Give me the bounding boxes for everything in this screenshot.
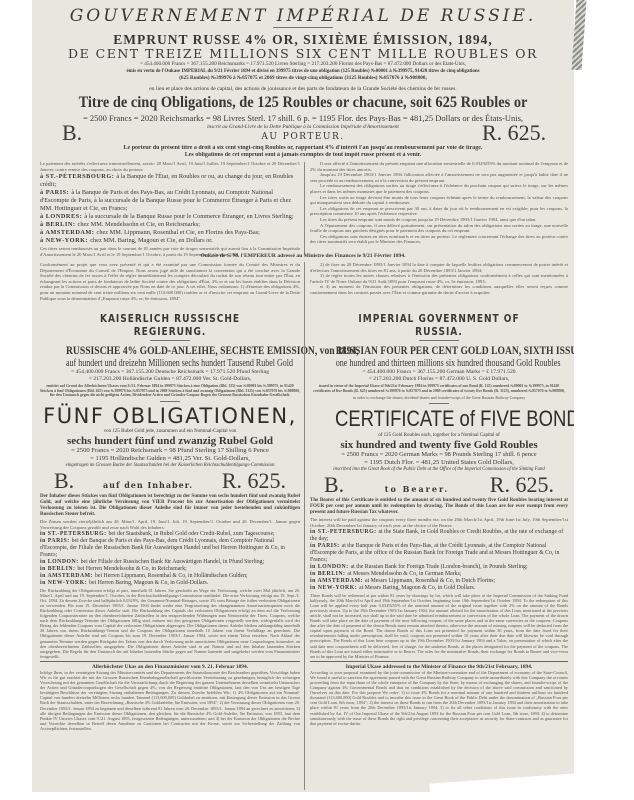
rule [419,340,459,341]
payment-city: à PARIS: [40,189,71,196]
payment-place: in AMSTERDAM: bei Herren Lippmann, Rosen… [40,573,300,580]
german-value: R. 625. [222,468,286,494]
payment-city: à AMSTERDAM: [40,229,97,236]
english-payment-places: in ST.-PETERSBURG: at the State Bank, in… [310,529,568,592]
german-issue-text: emittirt auf Grund des Allerhöchsten Uka… [40,384,300,398]
column-divider [304,262,305,312]
german-equiv-2: = 217.203.200 Holländische Gulden = 87.4… [40,376,300,383]
payment-city: in NEW-YORK: [40,580,89,586]
payment-place-text: bei der Banque de Paris et des Pays-Bas,… [40,538,285,558]
french-title-text: GOUVERNEMENT IMPÉRIAL DE RUSSIE. [70,6,537,26]
french-left-column: Le paiement des intérêts s'effectuera tr… [40,161,300,257]
payment-place-text: chez MM. Lippmann, Rosenthal et Cie, en … [97,229,260,236]
english-certificate-title: CERTIFICATE of FIVE BONDS, [310,406,568,432]
english-redemption: These Bonds will be redeemed at par with… [310,593,568,659]
paragraph: et 4) au moment de l'émission des présen… [310,284,568,295]
payment-place-text: chez MM. Baring, Magoun et Cie, en Dolla… [90,237,212,244]
french-certificate-title: Titre de cinq Obligations, de 125 Rouble… [59,94,547,112]
payment-place-text: bei Herren Mendelssohn & Co, in Reichsma… [77,566,186,572]
french-payment-places: à ST.-PÉTERSBOURG: à la Banque de l'État… [40,173,300,245]
german-amount-line: auf hundert und dreizehn Millionen sechs… [66,358,274,369]
english-loan-line: RUSSIAN FOUR PER CENT GOLD LOAN, SIXTH I… [336,343,542,358]
english-certificate-amount: six hundred and twenty five Gold Roubles [310,439,568,451]
paragraph: Jusqu'au 19 Décembre 1903/1 Janvier 1904… [310,172,568,183]
english-value: R. 625. [490,472,554,498]
payment-city: à LONDRES: [40,213,84,220]
payment-city: in PARIS: [310,543,342,549]
payment-place: in PARIS: at the Banque de Paris et des … [310,543,568,564]
paragraph: Il sera affecté à l'amortissement du pré… [310,161,568,172]
german-section: KAISERLICH RUSSISCHE REGIERUNG. RUSSISCH… [40,312,300,731]
payment-city: à BERLIN: [40,221,78,228]
payment-city: in AMSTERDAM: [310,578,365,584]
payment-place-text: bei Herren Lippmann, Rosenthal & Co, in … [95,573,248,579]
paragraph: 2) de fixer au 20 Décembre 1893/1 Janvie… [310,262,568,273]
french-title: GOUVERNEMENT IMPÉRIAL DE RUSSIE. [32,6,574,28]
french-bearer: AU PORTEUR. [32,132,574,142]
german-certificate-sub: von 125 Rubel Gold jede, zusammen auf ei… [40,428,300,435]
french-right-column: Il sera affecté à l'amortissement du pré… [310,161,568,245]
paragraph: Les titres sortis au tirage devront être… [310,195,568,206]
payment-place: in ST.-PETERSBURG: at the State Bank, in… [310,529,568,543]
payment-place: à AMSTERDAM: chez MM. Lippmann, Rosentha… [40,229,300,237]
french-amount-line: DE CENT TREIZE MILLIONS SIX CENT MILLE R… [32,46,574,61]
english-section: IMPERIAL GOVERNMENT OF RUSSIA. RUSSIAN F… [310,312,568,726]
payment-place: à NEW-YORK: chez MM. Baring, Magoun et C… [40,237,300,245]
bond-certificate: GOUVERNEMENT IMPÉRIAL DE RUSSIE. EMPRUNT… [32,0,574,792]
title-rule [273,27,333,28]
payment-place: in PARIS: bei der Banque de Paris et des… [40,538,300,559]
german-ukas-text: Infolge Ihres, in der vereinigten Sitzun… [40,670,300,731]
payment-place-text: at Messrs Lippmann, Rosenthal & Co, in D… [365,578,495,584]
english-series: B. [324,472,344,498]
french-payment-intro: Le paiement des intérêts s'effectuera tr… [40,161,300,172]
rule [429,403,449,404]
payment-place: à LONDRES: à la succursale de la Banque … [40,213,300,221]
german-equiv-1: = 454.400.000 Francs = 367.155.200 Deuts… [40,369,300,376]
payment-city: in ST.-PETERSBURG: [40,531,109,537]
payment-place: in LONDON: at the Russian Bank for Forei… [310,564,568,571]
paragraph: 3) de régler toutes les autres clauses r… [310,273,568,284]
english-certificate-title-text: CERTIFICATE of FIVE BONDS, [335,406,574,432]
french-equiv-line: = 454.400.000 Francs = 367.155.200 Reich… [32,61,574,68]
payment-place-text: à la succursale de la Banque Russe pour … [84,213,293,220]
payment-city: à ST.-PÉTERSBOURG: [40,173,116,180]
english-exchange-line: in order to exchange the shares, dividen… [310,395,568,401]
payment-place-text: at Messrs Baring, Magoun & Co, in Gold D… [359,585,475,591]
payment-city: in BERLIN: [310,571,347,577]
paragraph: Ces obligations sont émises en titres no… [310,234,568,245]
payment-place: in LONDON: bei der Filiale der Russische… [40,559,300,566]
english-bearer: to Bearer. [385,484,449,494]
german-certificate-amount: sechs hundert fünf und zwanzig Rubel Gol… [40,435,300,447]
payment-place: à PARIS: à la Banque de Paris et des Pay… [40,189,300,213]
german-certificate-title: FÜNF OBLIGATIONEN, [40,404,300,428]
payment-place-text: bei Herren Baring, Magoun & Co, in Gold-… [89,580,208,586]
rule [160,401,180,402]
german-payment-places: in ST.-PETERSBURG: bei der Staatsbank, i… [40,531,300,587]
french-oukase-left: Conformément au projet que vous avez pré… [40,262,300,301]
english-payment-intro: The interest will be paid against the co… [310,517,568,528]
french-bearer-text-2: Les obligations de cet emprunt sont à ja… [32,152,574,158]
french-exchange-line: en lieu et place des actions de capital,… [32,86,574,93]
payment-place-text: bei der Staatsbank, in Rubel Gold oder C… [109,531,275,537]
english-amount-line: one hundred and thirteen millions six hu… [336,358,542,369]
separator [310,661,568,662]
french-oukase-heading: Oukase de S. M. l'EMPEREUR adressé au Mi… [32,253,574,259]
german-redemption: Die Rückzahlung der Obligationen erfolgt… [40,588,300,659]
german-equiv-3: = 2500 Francs = 2020 Reichsmark = 98 Pfu… [40,447,300,455]
english-certificate-sub: of 125 Gold Roubles each, together for a… [310,432,568,439]
payment-place-text: chez MM. Mendelssohn et Cie, en Reichsma… [78,221,200,228]
payment-place: à ST.-PÉTERSBOURG: à la Banque de l'État… [40,173,300,189]
paragraph: Le remboursement des obligations sorties… [310,183,568,194]
paragraph: Les obligations de cet emprunt se prescr… [310,206,568,217]
column-divider [304,162,305,254]
payment-city: in ST.-PETERSBURG: [310,529,379,535]
paragraph: Les titres du présent emprunt sont munis… [310,217,568,223]
payment-place: in AMSTERDAM: at Messrs Lippmann, Rosent… [310,578,568,585]
german-payment-intro: Die Zinsen werden vierteljährlich am 20.… [40,519,300,530]
english-equiv-3: = 2500 Francs = 2020 German Marks = 98 P… [310,451,568,459]
payment-city: à NEW-YORK: [40,237,90,244]
payment-place-text: at the Banque de Paris et des Pays-Bas, … [310,543,559,563]
german-government: KAISERLICH RUSSISCHE REGIERUNG. [63,312,276,338]
payment-place-text: at Messrs Mendelssohn & Co, in German Ma… [347,571,461,577]
payment-place: in ST.-PETERSBURG: bei der Staatsbank, i… [40,531,300,538]
english-equiv-4: = 1195 Dutch Flor. = 481,25 United State… [310,459,568,467]
separator [40,661,300,662]
english-issue-text: issued in virtue of the Imperial Ukase o… [310,384,568,393]
german-loan-line: RUSSISCHE 4% GOLD-ANLEIHE, SECHSTE EMISS… [66,343,274,358]
payment-place: à BERLIN: chez MM. Mendelssohn et Cie, e… [40,221,300,229]
english-ukase-text: According to your proposal examined by t… [310,670,568,726]
column-divider [304,312,305,790]
payment-place: in BERLIN: at Messrs Mendelssohn & Co, i… [310,571,568,578]
payment-place-text: à la Banque de Paris et des Pays-Bas, au… [40,189,291,212]
payment-place: in NEW-YORK: bei Herren Baring, Magoun &… [40,580,300,587]
french-issue-line-2: (625 Roubles) №399976 à №857075 et 2069 … [32,75,574,82]
english-bearer-text: The Bearer of this Certificate is entitl… [310,498,568,516]
rule [150,340,190,341]
payment-city: in PARIS: [40,538,72,544]
french-oukase-right: 2) de fixer au 20 Décembre 1893/1 Janvie… [310,262,568,296]
german-series: B. [54,468,74,494]
payment-city: in AMSTERDAM: [40,573,95,579]
french-right-paragraphs: Il sera affecté à l'amortissement du pré… [310,161,568,245]
german-bearer: auf den Inhaber. [103,480,193,490]
german-equiv-4: = 1195 Holländische Gulden = 481,25 Ver.… [40,455,300,463]
payment-place-text: bei der Filiale der Russischen Bank für … [81,559,265,565]
german-bearer-text: Der Inhaber dieses Stückes von fünf Obli… [40,494,300,518]
english-government: IMPERIAL GOVERNMENT OF RUSSIA. [333,312,545,338]
english-ukase-heading: Imperial Ukase addressed to the Minister… [310,664,568,670]
payment-city: in BERLIN: [40,566,77,572]
english-equiv-2: = 217.203.200 Dutch Florins = 87.472.000… [310,376,568,383]
payment-city: in LONDON: [310,564,351,570]
payment-place-text: at the Russian Bank for Foreign Trade (L… [351,564,528,570]
paragraph: A l'épuisement des coupons, il sera déli… [310,223,568,234]
payment-place: in BERLIN: bei Herren Mendelssohn & Co, … [40,566,300,573]
payment-city: in LONDON: [40,559,81,565]
payment-place: in NEW-YORK: at Messrs Baring, Magoun & … [310,585,568,592]
french-bearer-text-1: Le porteur du présent titre a droit à si… [32,145,574,151]
payment-city: in NEW-YORK: [310,585,359,591]
french-issue-line-1: émis en vertu de l'Oukase IMPÉRIAL du 9/… [32,68,574,75]
